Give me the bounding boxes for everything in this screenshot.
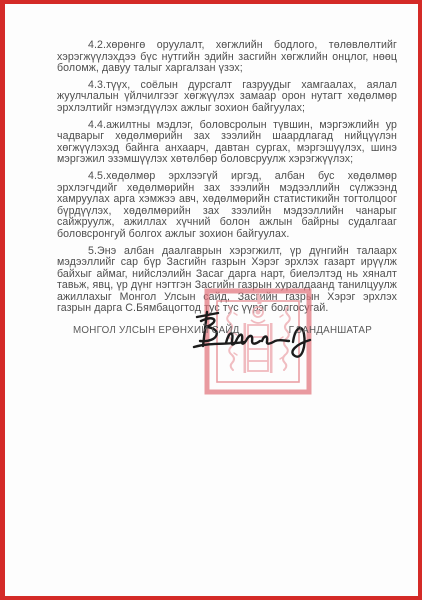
signature-row: МОНГОЛ УЛСЫН ЕРӨНХИЙ САЙД Г.ЗАНДАНШАТАР xyxy=(0,325,422,339)
paragraph-4-2: 4.2.хөрөнгө оруулалт, хөгжлийн бодлого, … xyxy=(57,40,397,75)
decree-body-text: 4.2.хөрөнгө оруулалт, хөгжлийн бодлого, … xyxy=(57,40,397,320)
signer-name-label: Г.ЗАНДАНШАТАР xyxy=(289,325,372,336)
paragraph-4-3: 4.3.түүх, соёлын дурсгалт газруудыг хамг… xyxy=(57,80,397,115)
paragraph-4-4: 4.4.ажилтны мэдлэг, боловсролын түвшин, … xyxy=(57,120,397,166)
document-page: 4.2.хөрөнгө оруулалт, хөгжлийн бодлого, … xyxy=(0,0,422,600)
paragraph-4-5: 4.5.хөдөлмөр эрхлээгүй иргэд, албан бус … xyxy=(57,171,397,241)
pm-title-label: МОНГОЛ УЛСЫН ЕРӨНХИЙ САЙД xyxy=(73,325,240,336)
